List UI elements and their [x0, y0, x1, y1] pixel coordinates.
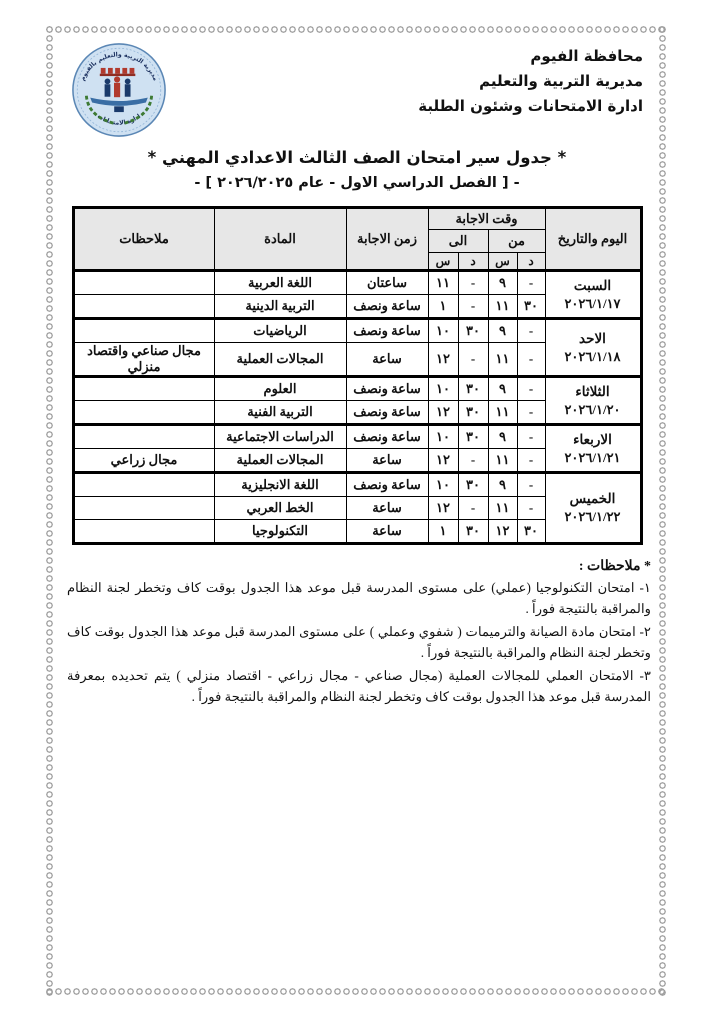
notes-list: ١- امتحان التكنولوجيا (عملي) على مستوى ا…	[67, 577, 651, 707]
to-hours-cell: ١١	[428, 271, 458, 295]
from-minutes-cell: -	[517, 449, 545, 473]
to-minutes-cell: -	[458, 343, 488, 377]
col-header-to-minutes: د	[458, 253, 488, 271]
schedule-row: السبت٢٠٢٦/١/١٧-٩-١١ساعتاناللغة العربية	[73, 271, 641, 295]
document-header: محافظة الفيوم مديرية التربية والتعليم اد…	[57, 36, 657, 144]
to-minutes-cell: ٣٠	[458, 377, 488, 401]
from-minutes-cell: -	[517, 473, 545, 497]
duration-cell: ساعة ونصف	[346, 295, 428, 319]
to-minutes-cell: ٣٠	[458, 319, 488, 343]
day-name: الثلاثاء	[548, 383, 638, 401]
to-hours-cell: ١٢	[428, 449, 458, 473]
notes-section: * ملاحظات : ١- امتحان التكنولوجيا (عملي)…	[67, 558, 651, 707]
day-date-cell: الاحد٢٠٢٦/١/١٨	[545, 319, 641, 377]
from-minutes-cell: -	[517, 425, 545, 449]
from-minutes-cell: ٣٠	[517, 520, 545, 544]
subject-cell: اللغة العربية	[214, 271, 346, 295]
from-hours-cell: ٩	[488, 425, 517, 449]
to-hours-cell: ١٠	[428, 319, 458, 343]
exam-schedule-table: اليوم والتاريخ وقت الاجابة زمن الاجابة ا…	[72, 206, 643, 545]
table-body: السبت٢٠٢٦/١/١٧-٩-١١ساعتاناللغة العربية٣٠…	[73, 271, 641, 544]
note-item: ١- امتحان التكنولوجيا (عملي) على مستوى ا…	[67, 577, 651, 620]
duration-cell: ساعة	[346, 497, 428, 520]
to-hours-cell: ١٢	[428, 343, 458, 377]
note-item: ٢- امتحان مادة الصيانة والترميمات ( شفوي…	[67, 621, 651, 664]
decorative-border-bottom	[45, 987, 667, 996]
to-hours-cell: ١٠	[428, 425, 458, 449]
col-header-subject: المادة	[214, 208, 346, 271]
schedule-title: * جدول سير امتحان الصف الثالث الاعدادي ا…	[57, 148, 657, 167]
note-cell	[73, 271, 214, 295]
from-hours-cell: ١٢	[488, 520, 517, 544]
document-content: محافظة الفيوم مديرية التربية والتعليم اد…	[57, 36, 657, 984]
schedule-row: الخميس٢٠٢٦/١/٢٢-٩٣٠١٠ساعة ونصفاللغة الان…	[73, 473, 641, 497]
day-name: الاربعاء	[548, 431, 638, 449]
from-minutes-cell: -	[517, 497, 545, 520]
to-minutes-cell: ٣٠	[458, 425, 488, 449]
from-minutes-cell: -	[517, 271, 545, 295]
day-name: الاحد	[548, 330, 638, 348]
day-name: الخميس	[548, 490, 638, 508]
to-hours-cell: ١	[428, 295, 458, 319]
decorative-border-left	[45, 25, 54, 996]
subject-cell: الخط العربي	[214, 497, 346, 520]
from-hours-cell: ٩	[488, 377, 517, 401]
duration-cell: ساعة ونصف	[346, 473, 428, 497]
day-date-cell: الخميس٢٠٢٦/١/٢٢	[545, 473, 641, 544]
day-date: ٢٠٢٦/١/٢١	[548, 449, 638, 467]
from-hours-cell: ٩	[488, 319, 517, 343]
logo-people-icon	[105, 76, 131, 97]
note-cell: مجال صناعي واقتصاد منزلي	[73, 343, 214, 377]
subject-cell: التكنولوجيا	[214, 520, 346, 544]
from-minutes-cell: -	[517, 343, 545, 377]
notes-title: * ملاحظات :	[67, 558, 651, 575]
to-hours-cell: ١٠	[428, 473, 458, 497]
schedule-subtitle: - [ الفصل الدراسي الاول - عام ٢٠٢٦/٢٠٢٥ …	[57, 175, 657, 191]
subject-cell: التربية الفنية	[214, 401, 346, 425]
col-header-notes: ملاحظات	[73, 208, 214, 271]
note-cell	[73, 497, 214, 520]
to-minutes-cell: -	[458, 497, 488, 520]
logo-pedestal-shape	[114, 106, 124, 112]
day-date-cell: السبت٢٠٢٦/١/١٧	[545, 271, 641, 319]
to-minutes-cell: ٣٠	[458, 401, 488, 425]
note-item: ٣- الامتحان العملي للمجالات العملية (مجا…	[67, 665, 651, 708]
note-cell	[73, 401, 214, 425]
logo-battlement-icon	[100, 68, 136, 76]
col-header-from-minutes: د	[517, 253, 545, 271]
from-hours-cell: ٩	[488, 271, 517, 295]
col-header-from-hours: س	[488, 253, 517, 271]
duration-cell: ساعة	[346, 449, 428, 473]
subject-cell: الرياضيات	[214, 319, 346, 343]
to-hours-cell: ١٠	[428, 377, 458, 401]
decorative-border-right	[658, 25, 667, 996]
from-minutes-cell: ٣٠	[517, 295, 545, 319]
to-hours-cell: ١٢	[428, 497, 458, 520]
schedule-row: الاربعاء٢٠٢٦/١/٢١-٩٣٠١٠ساعة ونصفالدراسات…	[73, 425, 641, 449]
from-hours-cell: ١١	[488, 449, 517, 473]
note-cell	[73, 377, 214, 401]
col-header-day-date: اليوم والتاريخ	[545, 208, 641, 271]
note-cell	[73, 520, 214, 544]
subject-cell: اللغة الانجليزية	[214, 473, 346, 497]
schedule-row: الثلاثاء٢٠٢٦/١/٢٠-٩٣٠١٠ساعة ونصفالعلوم	[73, 377, 641, 401]
day-date: ٢٠٢٦/١/٢٠	[548, 401, 638, 419]
duration-cell: ساعة	[346, 520, 428, 544]
from-hours-cell: ١١	[488, 401, 517, 425]
subject-cell: المجالات العملية	[214, 343, 346, 377]
from-hours-cell: ١١	[488, 343, 517, 377]
org-line-governorate: محافظة الفيوم	[418, 44, 643, 69]
col-header-to-hours: س	[428, 253, 458, 271]
duration-cell: ساعة ونصف	[346, 319, 428, 343]
duration-cell: ساعتان	[346, 271, 428, 295]
from-minutes-cell: -	[517, 377, 545, 401]
col-header-duration: زمن الاجابة	[346, 208, 428, 271]
from-minutes-cell: -	[517, 319, 545, 343]
to-minutes-cell: ٣٠	[458, 473, 488, 497]
col-header-answer-time: وقت الاجابة	[428, 208, 545, 230]
day-date: ٢٠٢٦/١/١٨	[548, 348, 638, 366]
day-date-cell: الاربعاء٢٠٢٦/١/٢١	[545, 425, 641, 473]
org-header-text: محافظة الفيوم مديرية التربية والتعليم اد…	[418, 44, 643, 118]
subject-cell: التربية الدينية	[214, 295, 346, 319]
day-date: ٢٠٢٦/١/٢٢	[548, 508, 638, 526]
duration-cell: ساعة	[346, 343, 428, 377]
table-header: اليوم والتاريخ وقت الاجابة زمن الاجابة ا…	[73, 208, 641, 271]
to-hours-cell: ١	[428, 520, 458, 544]
day-name: السبت	[548, 277, 638, 295]
scanned-document-page: محافظة الفيوم مديرية التربية والتعليم اد…	[0, 0, 720, 1023]
col-header-to: الى	[428, 230, 488, 253]
note-cell	[73, 473, 214, 497]
directorate-logo-emblem: مديرية التربية والتعليم بالفيوم ادارة ال…	[71, 42, 167, 138]
col-header-from: من	[488, 230, 545, 253]
day-date: ٢٠٢٦/١/١٧	[548, 295, 638, 313]
to-minutes-cell: -	[458, 271, 488, 295]
from-hours-cell: ١١	[488, 295, 517, 319]
note-cell	[73, 319, 214, 343]
to-minutes-cell: ٣٠	[458, 520, 488, 544]
day-date-cell: الثلاثاء٢٠٢٦/١/٢٠	[545, 377, 641, 425]
schedule-row: الاحد٢٠٢٦/١/١٨-٩٣٠١٠ساعة ونصفالرياضيات	[73, 319, 641, 343]
note-cell: مجال زراعي	[73, 449, 214, 473]
org-line-directorate: مديرية التربية والتعليم	[418, 69, 643, 94]
note-cell	[73, 295, 214, 319]
note-cell	[73, 425, 214, 449]
org-line-department: ادارة الامتحانات وشئون الطلبة	[418, 94, 643, 119]
subject-cell: العلوم	[214, 377, 346, 401]
to-minutes-cell: -	[458, 295, 488, 319]
directorate-logo: مديرية التربية والتعليم بالفيوم ادارة ال…	[71, 42, 167, 138]
to-minutes-cell: -	[458, 449, 488, 473]
from-minutes-cell: -	[517, 401, 545, 425]
subject-cell: الدراسات الاجتماعية	[214, 425, 346, 449]
subject-cell: المجالات العملية	[214, 449, 346, 473]
from-hours-cell: ٩	[488, 473, 517, 497]
duration-cell: ساعة ونصف	[346, 401, 428, 425]
to-hours-cell: ١٢	[428, 401, 458, 425]
decorative-border-top	[45, 25, 667, 34]
duration-cell: ساعة ونصف	[346, 425, 428, 449]
from-hours-cell: ١١	[488, 497, 517, 520]
duration-cell: ساعة ونصف	[346, 377, 428, 401]
